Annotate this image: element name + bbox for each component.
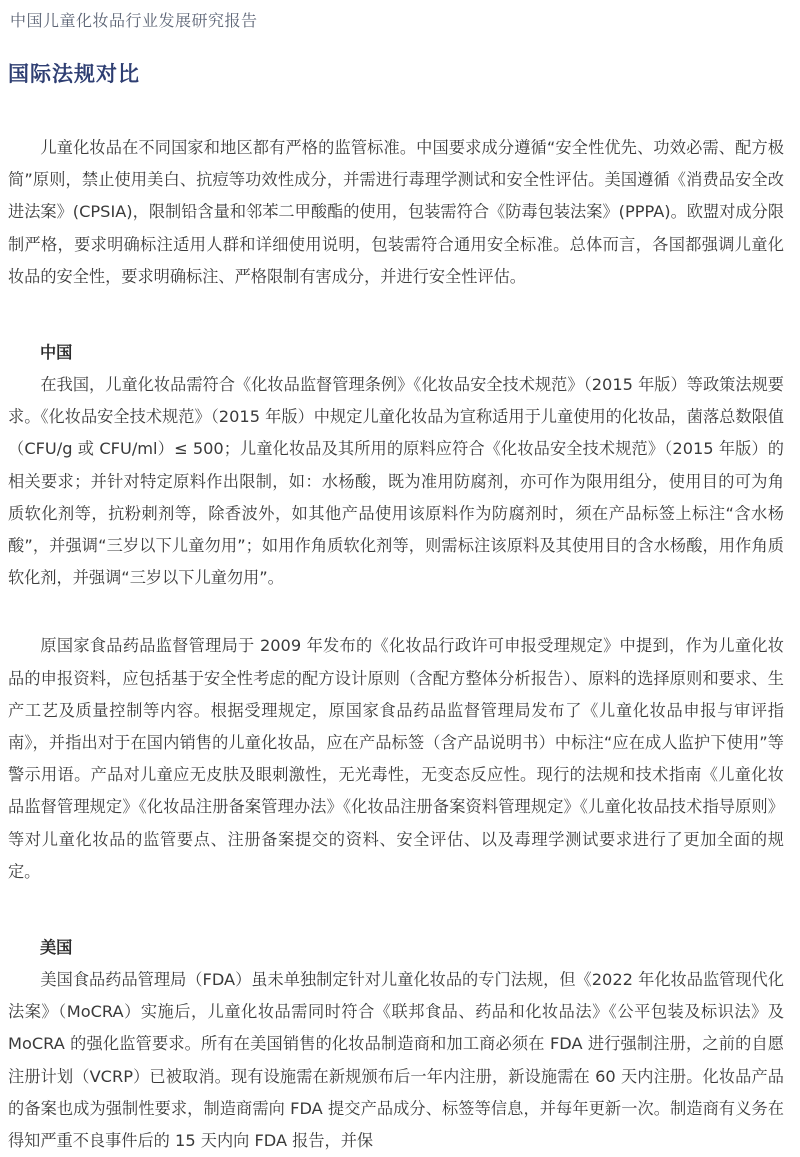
document-body: 儿童化妆品在不同国家和地区都有严格的监管标准。中国要求成分遵循“安全性优先、功效… xyxy=(8,132,784,1157)
china-paragraph-2: 原国家食品药品监督管理局于 2009 年发布的《化妆品行政许可申报受理规定》中提… xyxy=(8,630,784,888)
intro-paragraph: 儿童化妆品在不同国家和地区都有严格的监管标准。中国要求成分遵循“安全性优先、功效… xyxy=(8,132,784,293)
report-header: 中国儿童化妆品行业发展研究报告 xyxy=(10,8,258,31)
china-paragraph-1: 在我国，儿童化妆品需符合《化妆品监督管理条例》《化妆品安全技术规范》（2015 … xyxy=(8,369,784,594)
section-heading-china: 中国 xyxy=(8,337,784,369)
page-title: 国际法规对比 xyxy=(8,58,140,88)
section-heading-usa: 美国 xyxy=(8,932,784,964)
usa-paragraph-1: 美国食品药品管理局（FDA）虽未单独制定针对儿童化妆品的专门法规，但《2022 … xyxy=(8,964,784,1157)
